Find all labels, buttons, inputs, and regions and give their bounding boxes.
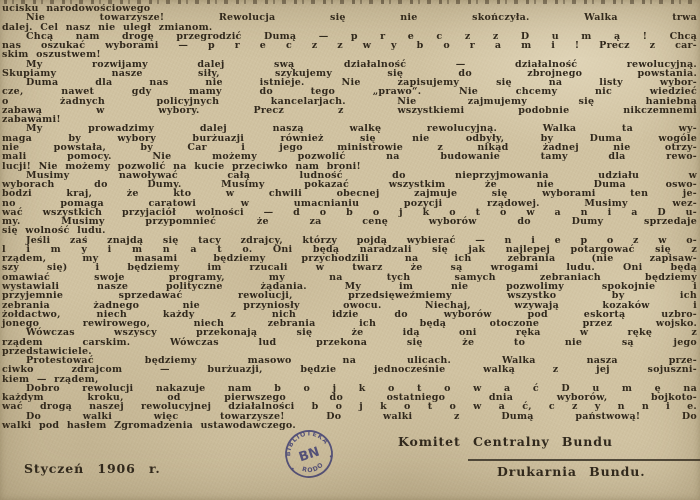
text-line: rządem carskim. Wówczas lud przekona się…	[2, 338, 697, 347]
text-line: ciwko zdrajcom — burżuazji, będzie jedno…	[2, 365, 697, 374]
printer-name: Drukarnia Bundu.	[497, 464, 645, 479]
text-line: walki pod hasłem Zgromadzenia ustawodawc…	[2, 421, 697, 430]
document-page: ucisku narodowościowegoNie towarzysze! R…	[0, 0, 700, 500]
stamp-initials: BN	[297, 445, 321, 466]
text-line: zabawą w wybory. Precz z wszystkiemi pod…	[2, 106, 697, 115]
text-line: nas oszukać wyborami — p r e c z z w y b…	[2, 41, 697, 50]
date-line: Styczeń 1906 r.	[24, 461, 161, 476]
printer-rule	[468, 459, 700, 461]
document-body: ucisku narodowościowegoNie towarzysze! R…	[0, 4, 700, 430]
library-stamp: BIBLIOTEKA BN NARODOWA	[276, 421, 342, 487]
signature-committee: Komitet Centralny Bundu	[398, 434, 613, 449]
text-line: my. Musimy przypomnieć że za cenę wyboró…	[2, 217, 697, 226]
